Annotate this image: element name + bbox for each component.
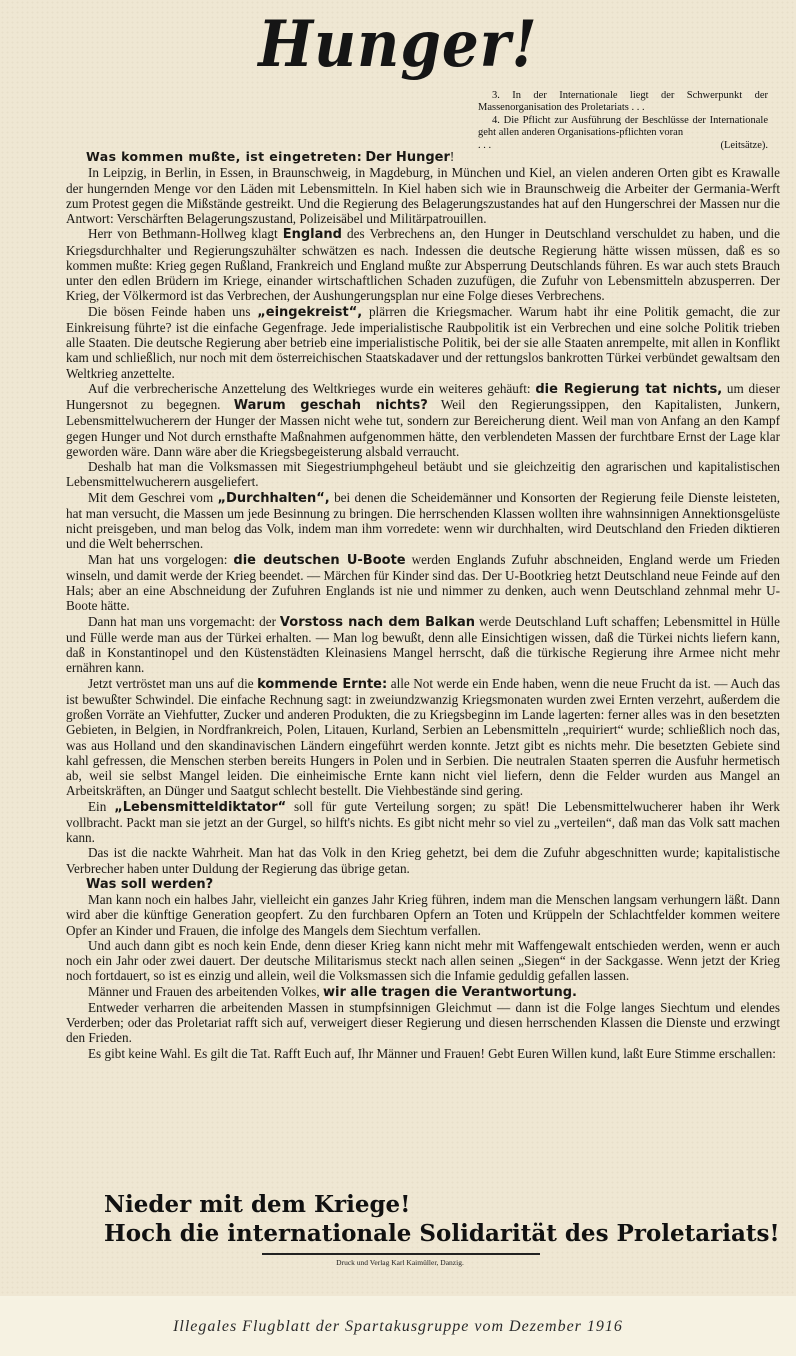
text: Herr von Bethmann-Hollweg klagt <box>88 226 278 241</box>
text: Männer und Frauen des arbeitenden Volkes… <box>88 984 320 999</box>
leaflet-title: Hunger! <box>0 7 796 82</box>
leaflet-body: Was kommen mußte, ist eingetreten: Der H… <box>66 149 780 1061</box>
paragraph-2: Herr von Bethmann-Hollweg klagt England … <box>66 226 780 303</box>
text: Man hat uns vorgelogen: <box>88 552 227 567</box>
emphasis: kommende Ernte: <box>257 677 387 692</box>
emphasis: England <box>283 227 342 242</box>
paragraph-11: Das ist die nackte Wahrheit. Man hat das… <box>66 845 780 876</box>
slogan-1: Nieder mit dem Kriege! <box>104 1190 744 1219</box>
leaflet-sheet: Hunger! 3. In der Internationale liegt d… <box>0 0 796 1296</box>
paragraph-4: Auf die verbrecherische Anzettelung des … <box>66 381 780 459</box>
paragraph-9: Jetzt vertröstet man uns auf die kommend… <box>66 676 780 799</box>
paragraph-14: Und auch dann gibt es noch kein Ende, de… <box>66 938 780 984</box>
paragraph-17: Es gibt keine Wahl. Es gilt die Tat. Raf… <box>66 1046 780 1061</box>
text: Mit dem Geschrei vom <box>88 490 213 505</box>
emphasis: die deutschen U-Boote <box>233 553 405 568</box>
quote-item-4: 4. Die Pflicht zur Ausführung der Beschl… <box>478 115 768 140</box>
emphasis: wir alle tragen die Verantwortung. <box>323 985 577 1000</box>
header-quote-box: 3. In der Internationale liegt der Schwe… <box>478 90 768 152</box>
emphasis: „Durchhalten“, <box>217 491 329 506</box>
emphasis: „eingekreist“, <box>257 305 362 320</box>
emphasis: Warum geschah nichts? <box>234 398 428 413</box>
emphasis: die Regierung tat nichts, <box>535 382 722 397</box>
paragraph-6: Mit dem Geschrei vom „Durchhalten“, bei … <box>66 490 780 552</box>
opening-headline: Der Hunger <box>365 150 449 165</box>
emphasis: Vorstoss nach dem Balkan <box>280 615 475 630</box>
opening-line: Was kommen mußte, ist eingetreten: Der H… <box>66 149 780 165</box>
paragraph-10: Ein „Lebensmitteldiktator“ soll für gute… <box>66 799 780 846</box>
paragraph-16: Entweder verharren die arbeitenden Masse… <box>66 1000 780 1046</box>
text: Auf die verbrecherische Anzettelung des … <box>88 381 531 396</box>
text: Ein <box>88 799 106 814</box>
image-caption: Illegales Flugblatt der Spartakusgruppe … <box>0 1318 796 1336</box>
text: Die bösen Feinde haben uns <box>88 304 250 319</box>
text: Dann hat man uns vorgemacht: der <box>88 614 276 629</box>
divider-rule <box>262 1253 540 1255</box>
paragraph-5: Deshalb hat man die Volksmassen mit Sieg… <box>66 459 780 490</box>
text: alle Not werde ein Ende haben, wenn die … <box>66 676 780 799</box>
closing-slogans: Nieder mit dem Kriege! Hoch die internat… <box>104 1190 744 1248</box>
heading-was-soll-werden: Was soll werden? <box>86 877 213 892</box>
emphasis: „Lebensmitteldiktator“ <box>114 800 286 815</box>
section-heading: Was soll werden? <box>66 876 780 892</box>
text: Jetzt vertröstet man uns auf die <box>88 676 254 691</box>
opening-lead: Was kommen mußte, ist eingetreten: <box>86 149 362 164</box>
paragraph-1: In Leipzig, in Berlin, in Essen, in Brau… <box>66 165 780 226</box>
slogan-2: Hoch die internationale Solidarität des … <box>104 1219 744 1248</box>
opening-punct: ! <box>450 149 454 164</box>
paragraph-15: Männer und Frauen des arbeitenden Volkes… <box>66 984 780 1000</box>
quote-item-3: 3. In der Internationale liegt der Schwe… <box>478 90 768 115</box>
paragraph-8: Dann hat man uns vorgemacht: der Vorstos… <box>66 614 780 676</box>
paragraph-3: Die bösen Feinde haben uns „eingekreist“… <box>66 304 780 381</box>
paragraph-13: Man kann noch ein halbes Jahr, vielleich… <box>66 892 780 938</box>
paragraph-7: Man hat uns vorgelogen: die deutschen U-… <box>66 552 780 614</box>
printer-imprint: Druck und Verlag Karl Kaimüller, Danzig. <box>0 1258 796 1267</box>
